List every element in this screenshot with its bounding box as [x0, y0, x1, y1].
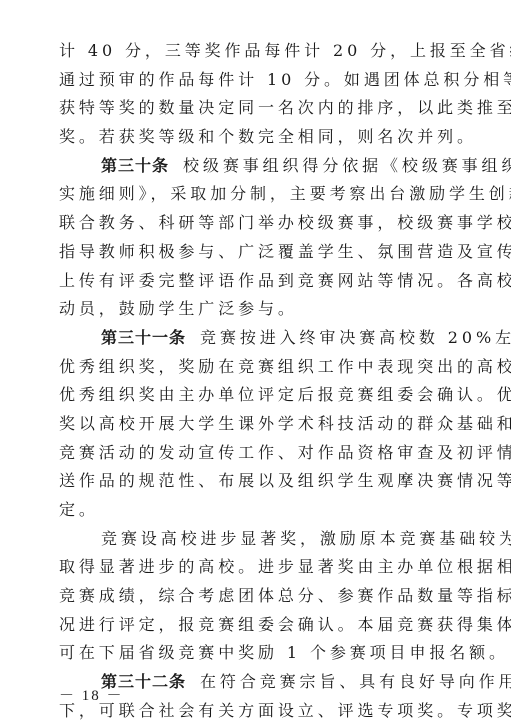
text-line: 指导教师积极参与、广泛覆盖学生、氛围营造及宣传，高校: [59, 238, 439, 267]
text-line: 获特等奖的数量决定同一名次内的排序，以此类推至三等: [59, 94, 439, 123]
text-line: 动员，鼓励学生广泛参与。: [59, 295, 439, 324]
text-line: 竞赛成绩，综合考虑团体总分、参赛作品数量等指标增幅情: [59, 582, 439, 611]
article-31-line: 第三十一条竞赛按进入终审决赛高校数 20%左右评定: [59, 324, 439, 353]
text-line: 奖以高校开展大学生课外学术科技活动的群众基础和成效、: [59, 410, 439, 439]
page-number: － 18 －: [59, 684, 124, 705]
article-heading: 第三十条: [101, 156, 169, 175]
text-line: 奖。若获奖等级和个数完全相同，则名次并列。: [59, 123, 439, 152]
text-span: 校级赛事组织得分依据《校级赛事组织得分: [183, 156, 511, 175]
text-line: 可在下届省级竞赛中奖励 1 个参赛项目申报名额。: [59, 639, 439, 668]
text-line: 通过预审的作品每件计 10 分。如遇团体总积分相等，则以: [59, 66, 439, 95]
text-line: 取得显著进步的高校。进步显著奖由主办单位根据相邻届次: [59, 553, 439, 582]
text-line: 计 40 分，三等奖作品每件计 20 分，上报至全省组委会但未: [59, 37, 439, 66]
text-line: 上传有评委完整评语作品到竞赛网站等情况。各高校应积极: [59, 267, 439, 296]
document-body: 计 40 分，三等奖作品每件计 20 分，上报至全省组委会但未 通过预审的作品每…: [59, 37, 439, 723]
text-line: 实施细则》，采取加分制，主要考察出台激励学生创新政策，: [59, 180, 439, 209]
text-line: 优秀组织奖，奖励在竞赛组织工作中表现突出的高校。高校: [59, 353, 439, 382]
text-line: 竞赛活动的发动宣传工作、对作品资格审查及初评情况、报: [59, 439, 439, 468]
text-span: 在符合竞赛宗旨、具有良好导向作用前提: [200, 672, 511, 691]
article-heading: 第三十一条: [101, 328, 186, 347]
text-line: 送作品的规范性、布展以及组织学生观摩决赛情况等综合评: [59, 467, 439, 496]
article-30-line: 第三十条校级赛事组织得分依据《校级赛事组织得分: [59, 152, 439, 181]
text-line: 况进行评定，报竞赛组委会确认。本届竞赛获得集体奖学校，: [59, 611, 439, 640]
text-span: 竞赛按进入终审决赛高校数 20%左右评定: [200, 328, 511, 347]
text-line: 竞赛设高校进步显著奖，激励原本竞赛基础较为薄弱、: [59, 525, 439, 554]
text-line: 定。: [59, 496, 439, 525]
text-line: 优秀组织奖由主办单位评定后报竞赛组委会确认。优秀组织: [59, 381, 439, 410]
text-line: 联合教务、科研等部门举办校级赛事，校级赛事学校重视、: [59, 209, 439, 238]
